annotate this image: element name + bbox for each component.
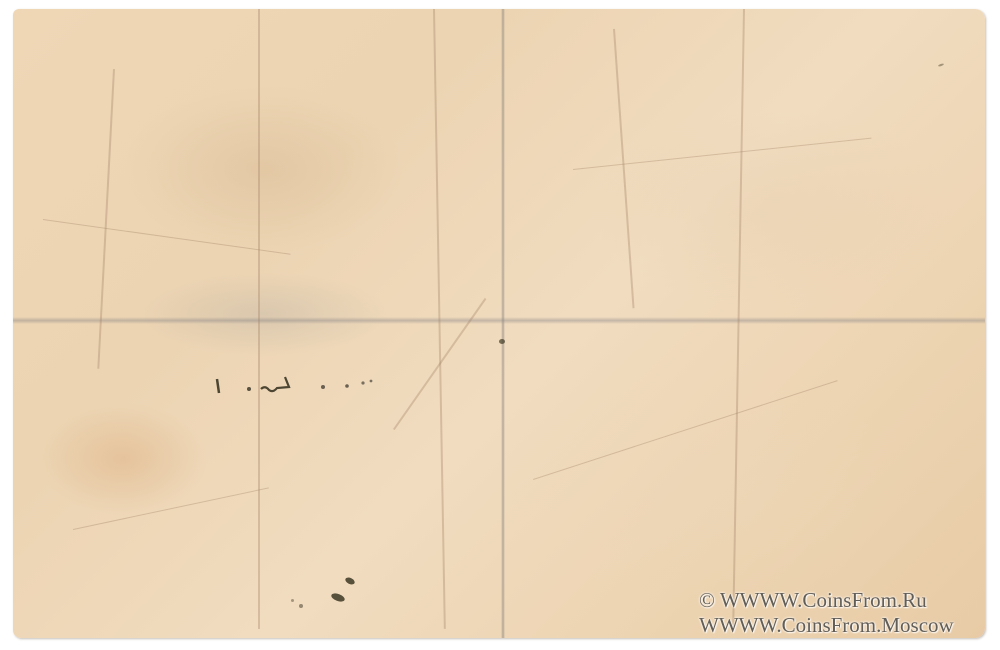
crease bbox=[573, 138, 871, 170]
handwriting-marks bbox=[213, 371, 393, 401]
crease bbox=[258, 9, 260, 629]
stain-mark bbox=[938, 63, 944, 67]
watermark-line-1: © WWWW.CoinsFrom.Ru bbox=[699, 588, 954, 613]
crease bbox=[97, 69, 115, 369]
vertical-fold-line bbox=[501, 9, 505, 638]
horizontal-fold-line bbox=[13, 317, 985, 324]
stain-mark bbox=[344, 576, 356, 586]
crease bbox=[43, 219, 291, 255]
banknote-reverse bbox=[13, 9, 985, 638]
watermark: © WWWW.CoinsFrom.Ru WWWW.CoinsFrom.Mosco… bbox=[699, 588, 954, 638]
crease bbox=[613, 29, 635, 308]
crease bbox=[73, 487, 269, 530]
watermark-line-2: WWWW.CoinsFrom.Moscow bbox=[699, 613, 954, 638]
stain-mark bbox=[299, 604, 303, 608]
stain-mark bbox=[499, 339, 505, 344]
stain-mark bbox=[291, 599, 294, 602]
crease bbox=[732, 9, 745, 629]
crease bbox=[433, 9, 446, 629]
crease bbox=[533, 380, 838, 480]
stain-mark bbox=[330, 592, 346, 603]
